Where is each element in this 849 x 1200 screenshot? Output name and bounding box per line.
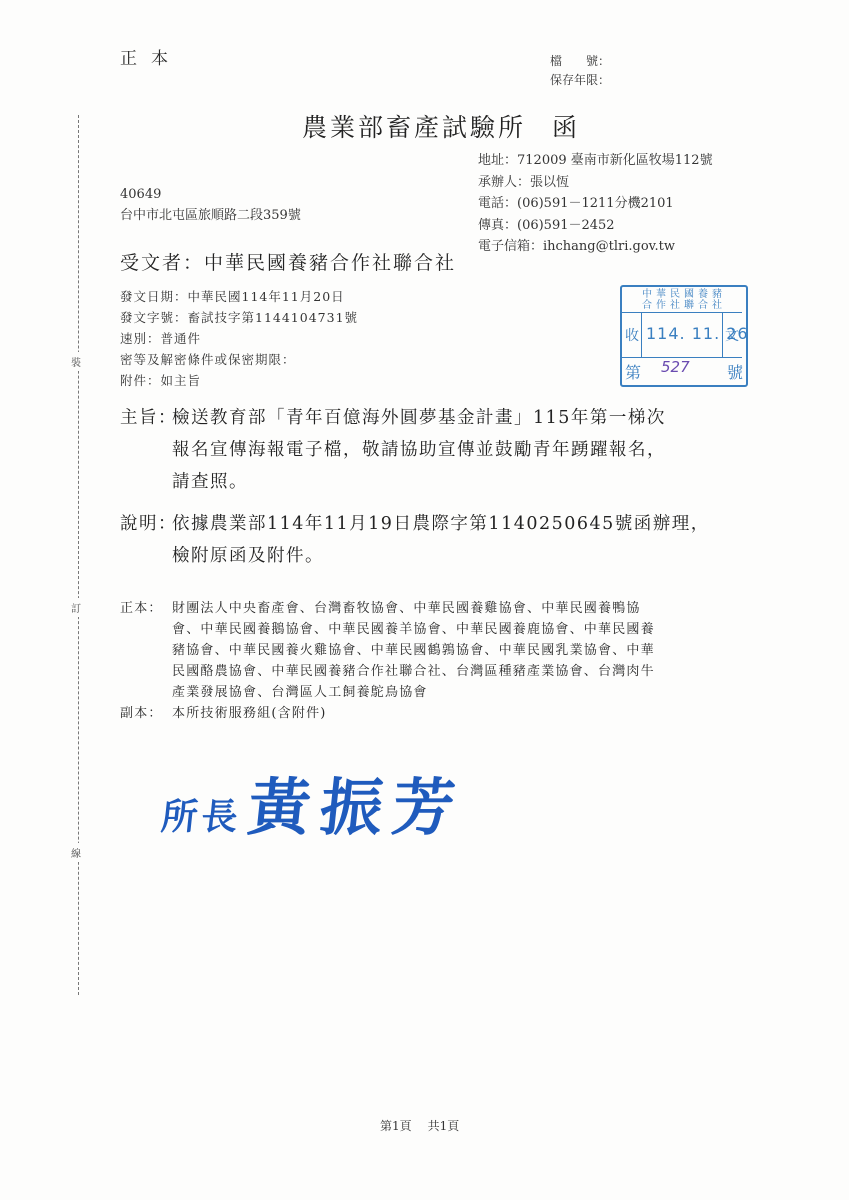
copy-type-label: 正本 xyxy=(120,44,182,69)
stamp-receive-char: 收 xyxy=(625,325,639,345)
signature-name: 黃振芳 xyxy=(245,771,469,844)
document-title: 農業部畜產試驗所函 xyxy=(302,108,580,144)
subject-line-1: 檢送教育部「青年百億海外圓夢基金計畫」115年第一梯次 xyxy=(172,408,666,428)
binding-mark-zhuang: 裝 xyxy=(71,352,81,371)
sender-fax: 傳真：(06)591－2452 xyxy=(478,215,713,237)
issue-date: 發文日期：中華民國114年11月20日 xyxy=(120,286,358,307)
distribution-section: 正本：財團法人中央畜產會、台灣畜牧協會、中華民國養雞協會、中華民國養鴨協 會、中… xyxy=(120,598,655,724)
stamp-header-line1: 中華民國養豬 xyxy=(625,289,743,300)
retention-label: 保存年限： xyxy=(550,71,612,90)
sender-info: 地址：712009 臺南市新化區牧場112號 承辦人：張以恆 電話：(06)59… xyxy=(478,150,713,258)
original-recipients-label: 正本： xyxy=(120,598,172,619)
stamp-number-row: 第 527 號 xyxy=(625,360,743,383)
original-recipients-line-1: 財團法人中央畜產會、台灣畜牧協會、中華民國養雞協會、中華民國養鴨協 xyxy=(172,601,641,616)
stamp-document-char: 文 xyxy=(725,325,739,345)
stamp-suffix: 號 xyxy=(727,360,743,383)
binding-mark-xian: 線 xyxy=(71,843,81,862)
recipient-street: 台中市北屯區旅順路二段359號 xyxy=(120,205,301,226)
confidentiality: 密等及解密條件或保密期限： xyxy=(120,349,358,370)
explanation-label: 說明： xyxy=(120,508,172,540)
stamp-prefix: 第 xyxy=(625,363,641,382)
sender-contact: 承辦人：張以恆 xyxy=(478,172,713,194)
file-meta: 檔 號： 保存年限： xyxy=(550,52,612,90)
agency-name: 農業部畜產試驗所 xyxy=(302,113,526,142)
binding-mark-ding: 訂 xyxy=(71,598,81,617)
explanation-line-1: 依據農業部114年11月19日農際字第1140250645號函辦理， xyxy=(172,514,710,534)
stamp-date-row: 收 114. 11. 26 文 xyxy=(622,312,742,358)
document-kind: 函 xyxy=(552,113,580,142)
recipient-address: 40649 台中市北屯區旅順路二段359號 xyxy=(120,184,301,226)
stamp-number: 527 xyxy=(661,358,690,376)
attachment: 附件：如主旨 xyxy=(120,370,358,391)
copy-recipients-label: 副本： xyxy=(120,703,172,724)
explanation-section: 說明：依據農業部114年11月19日農際字第1140250645號函辦理， 檢附… xyxy=(120,508,710,572)
original-recipients-line-2: 會、中華民國養鵝協會、中華民國養羊協會、中華民國養鹿協會、中華民國養 xyxy=(120,619,655,640)
director-signature: 所長黃振芳 xyxy=(158,758,469,847)
binding-line xyxy=(78,115,79,995)
original-recipients-line-3: 豬協會、中華民國養火雞協會、中華民國鶴鶉協會、中華民國乳業協會、中華 xyxy=(120,640,655,661)
retention-row: 保存年限： xyxy=(550,71,612,90)
subject-line-3: 請查照。 xyxy=(120,466,666,498)
subject-label: 主旨： xyxy=(120,402,172,434)
sender-phone: 電話：(06)591－1211分機2101 xyxy=(478,193,713,215)
page-total: 共1頁 xyxy=(428,1119,460,1133)
recipient-postal-code: 40649 xyxy=(120,184,301,205)
original-recipients-line-5: 產業發展協會、台灣區人工飼養鴕鳥協會 xyxy=(120,682,655,703)
original-recipients-line-4: 民國酪農協會、中華民國養豬合作社聯合社、台灣區種豬產業協會、台灣肉牛 xyxy=(120,661,655,682)
subject-line-2: 報名宣傳海報電子檔，敬請協助宣傳並鼓勵青年踴躍報名， xyxy=(120,434,666,466)
file-number-label: 檔 號： xyxy=(550,52,612,71)
recipient: 受文者：中華民國養豬合作社聯合社 xyxy=(120,248,456,275)
page-footer: 第1頁共1頁 xyxy=(380,1117,459,1134)
signature-title: 所長 xyxy=(159,796,243,838)
sender-email: 電子信箱：ihchang@tlri.gov.tw xyxy=(478,236,713,258)
document-meta: 發文日期：中華民國114年11月20日 發文字號：畜試技字第1144104731… xyxy=(120,286,358,391)
explanation-line-2: 檢附原函及附件。 xyxy=(120,540,710,572)
stamp-header: 中華民國養豬 合作社聯合社 xyxy=(625,289,743,311)
subject-section: 主旨：檢送教育部「青年百億海外圓夢基金計畫」115年第一梯次 報名宣傳海報電子檔… xyxy=(120,402,666,498)
receipt-stamp: 中華民國養豬 合作社聯合社 收 114. 11. 26 文 第 527 號 xyxy=(620,285,748,387)
delivery-speed: 速別：普通件 xyxy=(120,328,358,349)
copy-recipients: 本所技術服務組(含附件) xyxy=(172,706,327,721)
stamp-header-line2: 合作社聯合社 xyxy=(625,300,743,311)
reference-number: 發文字號：畜試技字第1144104731號 xyxy=(120,307,358,328)
page-number: 第1頁 xyxy=(380,1119,412,1133)
file-number-row: 檔 號： xyxy=(550,52,612,71)
sender-address: 地址：712009 臺南市新化區牧場112號 xyxy=(478,150,713,172)
